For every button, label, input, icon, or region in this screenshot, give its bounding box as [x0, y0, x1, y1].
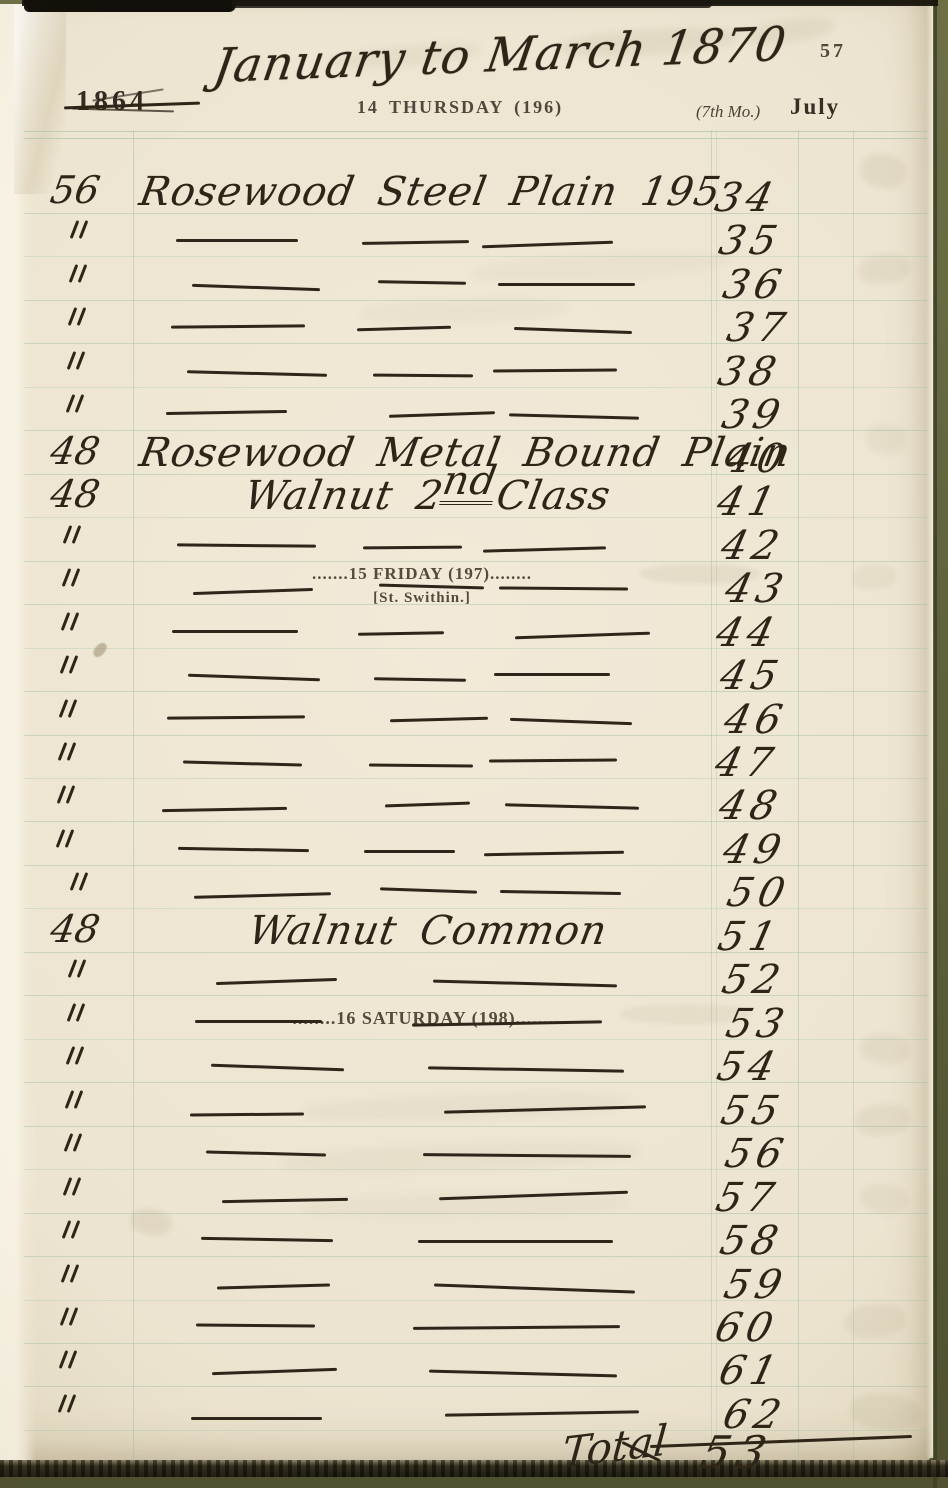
row-dash-stroke [363, 545, 462, 549]
row-left-value: 48 [34, 472, 116, 516]
row-dash-stroke [433, 980, 617, 988]
ditto-stroke [62, 1220, 72, 1239]
ditto-stroke [71, 1220, 81, 1239]
row-dash-stroke [190, 1112, 304, 1116]
row-left-value: 48 [34, 429, 116, 473]
ditto-stroke [58, 1394, 68, 1413]
row-dash-stroke [500, 890, 621, 895]
ditto-stroke [68, 959, 78, 978]
ditto-mark [28, 785, 110, 809]
ledger-row: 53 [0, 991, 948, 1039]
row-dash-stroke [206, 1151, 326, 1157]
row-dash-stroke [514, 327, 632, 334]
row-dash-stroke [509, 414, 639, 420]
row-dash-stroke [369, 764, 473, 768]
ledger-row: 42 [0, 513, 948, 561]
row-dash-stroke [195, 1020, 322, 1023]
ditto-mark [41, 220, 123, 244]
ditto-stroke [72, 525, 82, 544]
ditto-stroke [77, 307, 87, 326]
row-dash-stroke [378, 280, 466, 285]
ditto-mark [32, 1264, 114, 1288]
ledger-row: 56Rosewood Steel Plain 19534 [0, 165, 948, 213]
printed-year-struck: 1864 [76, 86, 148, 118]
handwritten-title: January to March 1870 [168, 28, 832, 83]
ledger-row: 36 [0, 252, 948, 300]
row-dash-stroke [373, 373, 473, 377]
row-dash-stroke [379, 584, 484, 590]
row-dash-stroke [188, 674, 320, 682]
row-description-text: nd [439, 461, 500, 505]
row-dash-stroke [499, 587, 628, 591]
row-dash-stroke [444, 1105, 646, 1113]
row-dash-stroke [434, 1283, 635, 1293]
book-edge-top-shadow-mid [232, 0, 712, 8]
ditto-stroke [66, 394, 76, 413]
ledger-row: 48Walnut 2nd Class41 [0, 469, 948, 517]
ditto-stroke [66, 786, 76, 805]
row-dash-stroke [187, 370, 327, 377]
ditto-stroke [71, 568, 81, 587]
ditto-stroke [61, 1264, 71, 1283]
row-dash-stroke [191, 1417, 322, 1420]
ditto-stroke [70, 612, 80, 631]
ditto-stroke [61, 612, 71, 631]
handwritten-title-text: January to March 1870 [210, 17, 790, 94]
total-value: 53 [702, 1426, 771, 1479]
ditto-stroke [66, 1046, 76, 1065]
ditto-stroke [65, 1090, 75, 1109]
row-left-value: 48 [34, 907, 116, 951]
ditto-stroke [72, 1177, 82, 1196]
book-edge-bottom [0, 1460, 948, 1477]
ledger-row: 55 [0, 1078, 948, 1126]
printed-month-prefix: (7th Mo.) [696, 102, 760, 122]
row-dash-stroke [364, 850, 455, 853]
ledger-row: 43 [0, 556, 948, 604]
ledger-row: 38 [0, 339, 948, 387]
ledger-row: 35 [0, 208, 948, 256]
row-dash-stroke [493, 368, 617, 372]
row-left-value-text: 56 [47, 168, 103, 212]
row-dash-stroke [498, 283, 635, 286]
row-dash-stroke [172, 630, 298, 633]
book-edge-top-shadow-left [24, 0, 236, 12]
row-dash-stroke [196, 1323, 315, 1327]
ledger-rule-header [24, 131, 930, 132]
ditto-mark [30, 699, 112, 723]
ledger-row: 48Walnut Common51 [0, 904, 948, 952]
row-dash-stroke [167, 715, 305, 719]
row-dash-stroke [428, 1066, 624, 1072]
ditto-stroke [69, 655, 79, 674]
ledger-row: 57 [0, 1165, 948, 1213]
ditto-mark [29, 742, 111, 766]
row-dash-stroke [482, 241, 613, 249]
row-dash-stroke [217, 1283, 330, 1289]
row-dash-stroke [171, 325, 305, 329]
ditto-stroke [58, 742, 68, 761]
printed-month: July [790, 94, 840, 120]
ditto-mark [29, 1394, 111, 1418]
ditto-mark [40, 264, 122, 288]
ledger-paper: January to March 1870 57 1864 14 THURSDA… [0, 4, 934, 1464]
ditto-stroke [67, 742, 77, 761]
ledger-row: 44 [0, 600, 948, 648]
row-dash-stroke [362, 241, 469, 246]
row-dash-stroke [183, 760, 302, 766]
row-dash-stroke [412, 1020, 602, 1026]
ditto-stroke [70, 1264, 80, 1283]
ditto-stroke [56, 829, 66, 848]
ditto-mark [33, 1220, 115, 1244]
ditto-stroke [63, 525, 73, 544]
ditto-mark [37, 394, 119, 418]
ledger-row: 45 [0, 643, 948, 691]
ledger-row: 58 [0, 1208, 948, 1256]
ditto-mark [39, 307, 121, 331]
ditto-stroke [75, 1046, 85, 1065]
ditto-stroke [67, 1003, 77, 1022]
ledger-row: 60 [0, 1295, 948, 1343]
scanned-ledger-page: January to March 1870 57 1864 14 THURSDA… [0, 0, 948, 1488]
row-dash-stroke [494, 673, 610, 676]
row-dash-stroke [423, 1153, 631, 1158]
ditto-mark [37, 1046, 119, 1070]
ditto-mark [38, 351, 120, 375]
row-dash-stroke [418, 1240, 613, 1243]
ledger-row: 61 [0, 1338, 948, 1386]
row-left-value-text: 48 [47, 907, 103, 951]
ditto-mark [36, 1090, 118, 1114]
ditto-stroke [67, 1394, 77, 1413]
row-dash-stroke [211, 1064, 344, 1072]
row-dash-stroke [166, 410, 287, 415]
row-left-value: 56 [34, 168, 116, 212]
row-dash-stroke [374, 677, 466, 682]
row-dash-stroke [385, 802, 470, 808]
ditto-stroke [69, 264, 79, 283]
row-dash-stroke [439, 1190, 628, 1200]
row-dash-stroke [178, 847, 309, 852]
ditto-stroke [78, 264, 88, 283]
row-dash-stroke [176, 239, 298, 242]
row-dash-stroke [489, 758, 617, 762]
ditto-stroke [75, 394, 85, 413]
row-dash-stroke [222, 1197, 348, 1202]
ditto-stroke [73, 1133, 83, 1152]
ditto-stroke [64, 1133, 74, 1152]
row-dash-stroke [216, 978, 337, 985]
row-dash-stroke [445, 1410, 639, 1416]
ditto-stroke [60, 655, 70, 674]
ditto-stroke [74, 1090, 84, 1109]
ledger-row: 48 [0, 773, 948, 821]
ditto-stroke [67, 351, 77, 370]
row-dash-stroke [177, 543, 316, 547]
row-left-value-text: 48 [47, 472, 103, 516]
ditto-stroke [76, 1003, 86, 1022]
row-dash-stroke [193, 588, 313, 595]
ditto-stroke [59, 699, 69, 718]
row-dash-stroke [389, 411, 495, 418]
row-description: Walnut 2nd Class [140, 461, 715, 519]
ditto-stroke [76, 351, 86, 370]
row-dash-stroke [194, 893, 331, 900]
ledger-row: 50 [0, 860, 948, 908]
ditto-stroke [68, 1350, 78, 1369]
ditto-stroke [69, 1307, 79, 1326]
ditto-stroke [79, 872, 89, 891]
row-dash-stroke [484, 851, 624, 856]
ledger-row: 59 [0, 1252, 948, 1300]
row-dash-stroke [192, 284, 320, 291]
ditto-mark [38, 1003, 120, 1027]
ditto-stroke [79, 221, 89, 240]
row-dash-stroke [201, 1237, 333, 1242]
row-dash-stroke [505, 804, 639, 811]
row-dash-stroke [515, 631, 650, 639]
row-dash-stroke [380, 888, 477, 894]
ledger-row: 49 [0, 817, 948, 865]
ditto-mark [27, 829, 109, 853]
row-dash-stroke [358, 631, 444, 636]
printed-day-header: 14 THURSDAY (196) [300, 97, 620, 118]
row-dash-stroke [162, 807, 287, 812]
ditto-mark [31, 655, 113, 679]
ditto-stroke [77, 959, 87, 978]
row-dash-stroke [483, 546, 606, 552]
ditto-mark [41, 872, 123, 896]
row-dash-stroke [510, 717, 632, 724]
ditto-mark [30, 1350, 112, 1374]
ledger-row: 52 [0, 947, 948, 995]
ditto-mark [33, 568, 115, 592]
ditto-stroke [62, 568, 72, 587]
ditto-mark [32, 612, 114, 636]
ditto-mark [39, 959, 121, 983]
ditto-mark [31, 1307, 113, 1331]
ditto-mark [34, 525, 116, 549]
row-left-value-text: 48 [47, 429, 103, 473]
ditto-mark [34, 1177, 116, 1201]
row-dash-stroke [357, 326, 451, 331]
ditto-stroke [68, 699, 78, 718]
row-dash-stroke [390, 716, 488, 722]
ditto-mark [35, 1133, 117, 1157]
row-dash-stroke [212, 1368, 337, 1375]
ledger-row: 37 [0, 295, 948, 343]
ledger-row: 47 [0, 730, 948, 778]
ditto-stroke [60, 1307, 70, 1326]
row-dash-stroke [429, 1370, 617, 1378]
ledger-row: 39 [0, 382, 948, 430]
ditto-stroke [63, 1177, 73, 1196]
ledger-row: 46 [0, 687, 948, 735]
ledger-row: 54 [0, 1034, 948, 1082]
ledger-rule-header [24, 138, 930, 139]
ditto-stroke [65, 829, 75, 848]
row-dash-stroke [413, 1325, 620, 1330]
ledger-row: 56 [0, 1121, 948, 1169]
ledger-row: 62 [0, 1382, 948, 1430]
